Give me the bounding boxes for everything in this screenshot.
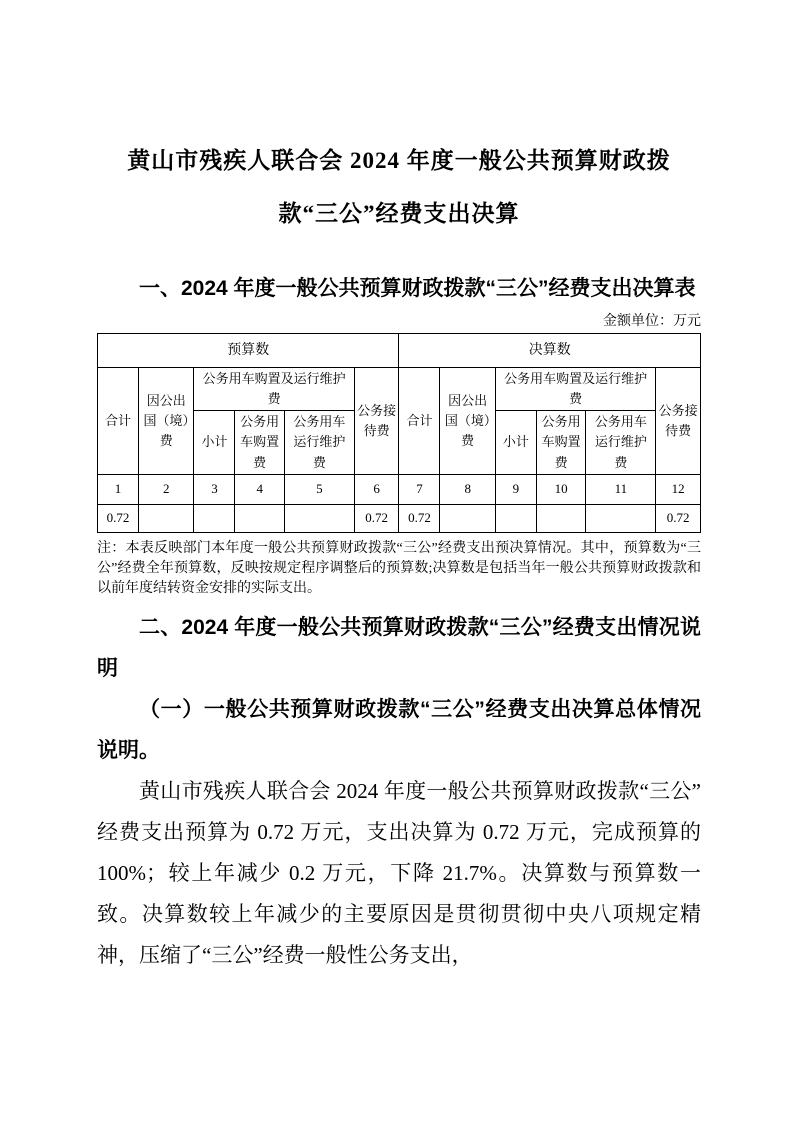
final-vehicle-maintenance-header: 公务用车运行维护费: [586, 411, 656, 474]
column-number: 5: [284, 474, 354, 504]
table-row: 合计 因公出国（境）费 公务用车购置及运行维护费 公务接待费 合计 因公出国（境…: [98, 368, 701, 411]
body-paragraph: 黄山市残疾人联合会 2024 年度一般公共预算财政拨款“三公”经费支出预算为 0…: [97, 771, 701, 976]
table-row: 预算数 决算数: [98, 334, 701, 368]
amount-unit-label: 金额单位：万元: [97, 313, 701, 331]
document-page: 黄山市残疾人联合会 2024 年度一般公共预算财政拨 款“三公”经费支出决算 一…: [0, 0, 793, 1122]
subsection-1-heading: （一）一般公共预算财政拨款“三公”经费支出决算总体情况说明。: [97, 689, 701, 771]
column-number: 3: [194, 474, 235, 504]
column-number: 11: [586, 474, 656, 504]
doc-title-line2: 款“三公”经费支出决算: [97, 187, 701, 240]
value-cell: 0.72: [354, 504, 399, 532]
value-cell: [586, 504, 656, 532]
section-2-heading: 二、2024 年度一般公共预算财政拨款“三公”经费支出情况说明: [97, 607, 701, 689]
value-cell: 0.72: [656, 504, 701, 532]
column-number: 4: [235, 474, 284, 504]
value-row: 0.72 0.72 0.72 0.72: [98, 504, 701, 532]
column-number: 2: [139, 474, 194, 504]
column-number: 10: [536, 474, 585, 504]
column-number: 12: [656, 474, 701, 504]
final-vehicle-group-header: 公务用车购置及运行维护费: [495, 368, 655, 411]
value-cell: [284, 504, 354, 532]
value-cell: 0.72: [399, 504, 440, 532]
value-cell: [495, 504, 536, 532]
budget-vehicle-maintenance-header: 公务用车运行维护费: [284, 411, 354, 474]
final-abroad-header: 因公出国（境）费: [440, 368, 495, 475]
doc-title: 黄山市残疾人联合会 2024 年度一般公共预算财政拨 款“三公”经费支出决算: [97, 134, 701, 240]
value-cell: [194, 504, 235, 532]
value-cell: [536, 504, 585, 532]
budget-total-header: 合计: [98, 368, 139, 475]
column-number: 8: [440, 474, 495, 504]
final-vehicle-purchase-header: 公务用车购置费: [536, 411, 585, 474]
column-number: 7: [399, 474, 440, 504]
column-number: 6: [354, 474, 399, 504]
budget-abroad-header: 因公出国（境）费: [139, 368, 194, 475]
final-reception-header: 公务接待费: [656, 368, 701, 475]
value-cell: [440, 504, 495, 532]
final-total-header: 合计: [399, 368, 440, 475]
budget-group-header: 预算数: [98, 334, 399, 368]
budget-vehicle-group-header: 公务用车购置及运行维护费: [194, 368, 354, 411]
column-number: 1: [98, 474, 139, 504]
value-cell: [235, 504, 284, 532]
table-note: 注：本表反映部门本年度一般公共预算财政拨款“三公”经费支出预决算情况。其中，预算…: [97, 539, 701, 599]
column-number-row: 1 2 3 4 5 6 7 8 9 10 11 12: [98, 474, 701, 504]
final-group-header: 决算数: [399, 334, 701, 368]
column-number: 9: [495, 474, 536, 504]
budget-vehicle-subtotal-header: 小计: [194, 411, 235, 474]
doc-title-line1: 黄山市残疾人联合会 2024 年度一般公共预算财政拨: [97, 134, 701, 187]
value-cell: [139, 504, 194, 532]
final-vehicle-subtotal-header: 小计: [495, 411, 536, 474]
section-1-heading: 一、2024 年度一般公共预算财政拨款“三公”经费支出决算表: [97, 266, 701, 311]
value-cell: 0.72: [98, 504, 139, 532]
budget-vehicle-purchase-header: 公务用车购置费: [235, 411, 284, 474]
three-public-funds-table: 预算数 决算数 合计 因公出国（境）费 公务用车购置及运行维护费 公务接待费 合…: [97, 333, 701, 533]
budget-reception-header: 公务接待费: [354, 368, 399, 475]
